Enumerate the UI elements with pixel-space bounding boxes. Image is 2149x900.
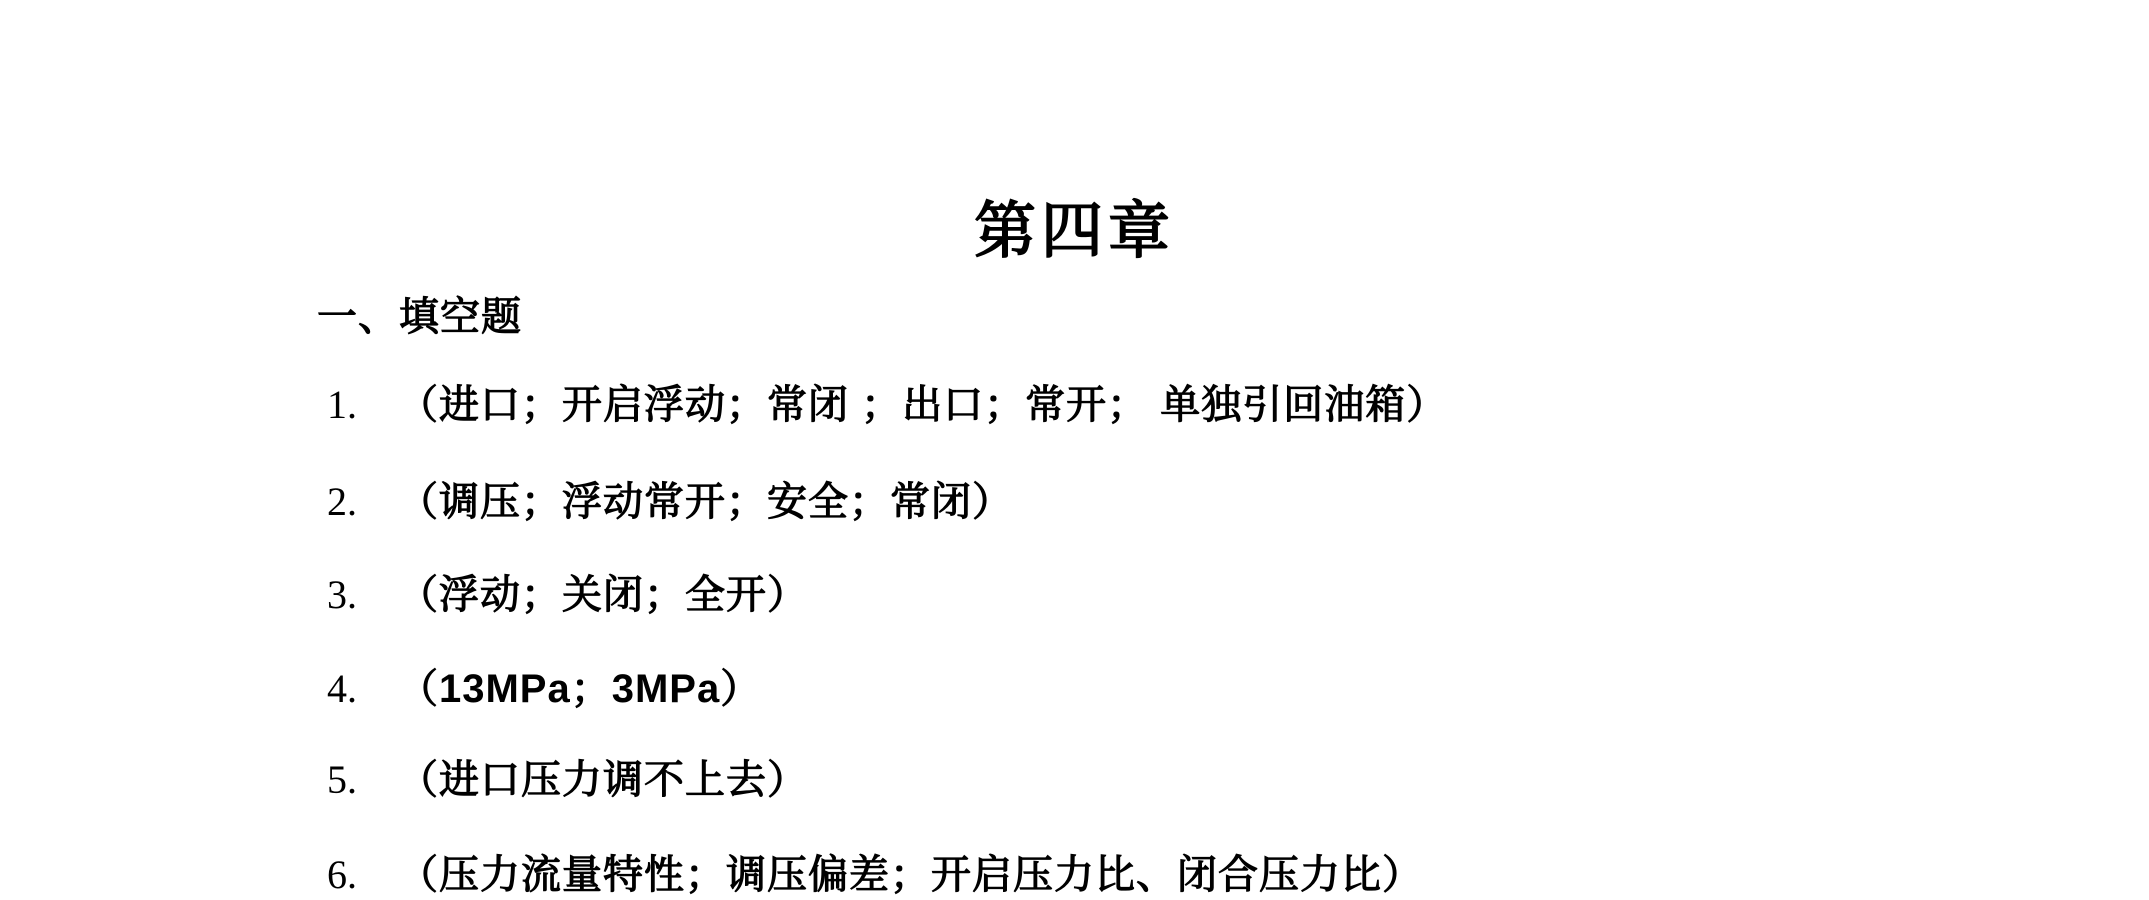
item-number: 1. (327, 385, 398, 425)
item-text: （浮动；关闭；全开） (398, 573, 808, 617)
item-text: （调压；浮动常开；安全；常闭） (398, 480, 1013, 524)
item-text: （进口；开启浮动；常闭 ；出口；常开； 单独引回油箱） (398, 383, 1447, 427)
item-text: （进口压力调不上去） (398, 758, 808, 802)
list-item: 3.（浮动；关闭；全开） (327, 575, 808, 615)
list-item: 1.（进口；开启浮动；常闭 ；出口；常开； 单独引回油箱） (327, 385, 1447, 425)
item-number: 4. (327, 669, 398, 709)
list-item: 5.（进口压力调不上去） (327, 760, 808, 800)
item-number: 5. (327, 760, 398, 800)
page-title: 第四章 (0, 200, 2149, 265)
document-page: 第四章 一、填空题 1.（进口；开启浮动；常闭 ；出口；常开； 单独引回油箱） … (0, 0, 2149, 900)
item-text: （压力流量特性；调压偏差；开启压力比、闭合压力比） (398, 853, 1423, 897)
item-text: （13MPa；3MPa） (398, 667, 761, 711)
item-number: 2. (327, 482, 398, 522)
section-heading: 一、填空题 (317, 297, 522, 337)
item-number: 6. (327, 855, 398, 895)
item-number: 3. (327, 575, 398, 615)
list-item: 6.（压力流量特性；调压偏差；开启压力比、闭合压力比） (327, 855, 1423, 895)
list-item: 2.（调压；浮动常开；安全；常闭） (327, 482, 1013, 522)
list-item: 4.（13MPa；3MPa） (327, 669, 761, 709)
